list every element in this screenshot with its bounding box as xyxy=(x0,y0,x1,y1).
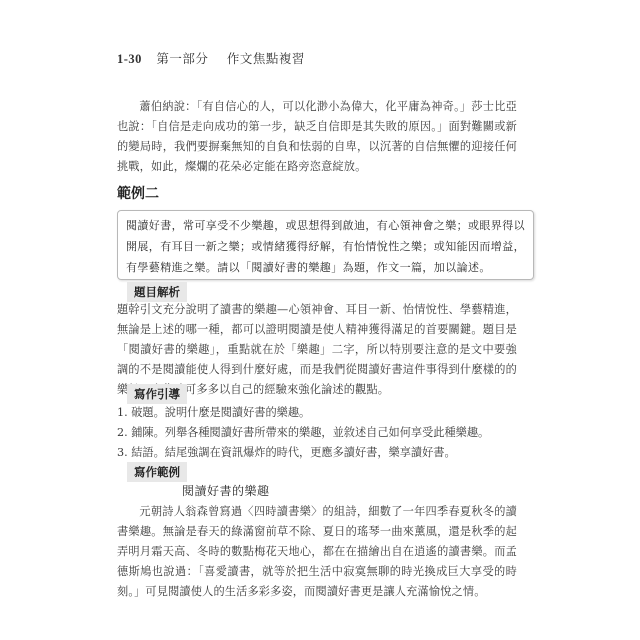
example-title: 範例二 xyxy=(117,183,159,203)
guide-item: 3. 結語。結尾強調在資訊爆炸的時代，更應多讀好書，樂享讀好書。 xyxy=(117,443,527,463)
guide-item: 2. 鋪陳。列舉各種閱讀好書所帶來的樂趣，並敘述自己如何享受此種樂趣。 xyxy=(117,423,527,443)
prompt-box: 閱讀好書，常可享受不少樂趣，或思想得到啟迪，有心領神會之樂；或眼界得以開展，有耳… xyxy=(117,210,534,280)
intro-paragraph: 蕭伯納說：「有自信心的人，可以化渺小為偉大，化平庸為神奇。」莎士比亞也說：「自信… xyxy=(117,97,517,177)
guide-item: 1. 破題。說明什麼是閱讀好書的樂趣。 xyxy=(117,403,527,423)
page-number: 1-30 xyxy=(117,52,142,66)
essay-text: 元朝詩人翁森曾寫過〈四時讀書樂〉的組詩，細數了一年四季春夏秋冬的讀書樂趣。無論是… xyxy=(117,502,517,602)
page-header: 1-30 第一部分 作文焦點複習 xyxy=(117,49,305,67)
part-label: 第一部分 xyxy=(156,51,208,66)
section-label: 作文焦點複習 xyxy=(227,51,305,66)
guide-label: 寫作引導 xyxy=(127,384,187,404)
sample-label: 寫作範例 xyxy=(127,462,187,482)
analysis-label: 題目解析 xyxy=(127,282,187,302)
essay-title: 閱讀好書的樂趣 xyxy=(182,482,270,499)
guide-list: 1. 破題。說明什麼是閱讀好書的樂趣。 2. 鋪陳。列舉各種閱讀好書所帶來的樂趣… xyxy=(117,403,527,463)
